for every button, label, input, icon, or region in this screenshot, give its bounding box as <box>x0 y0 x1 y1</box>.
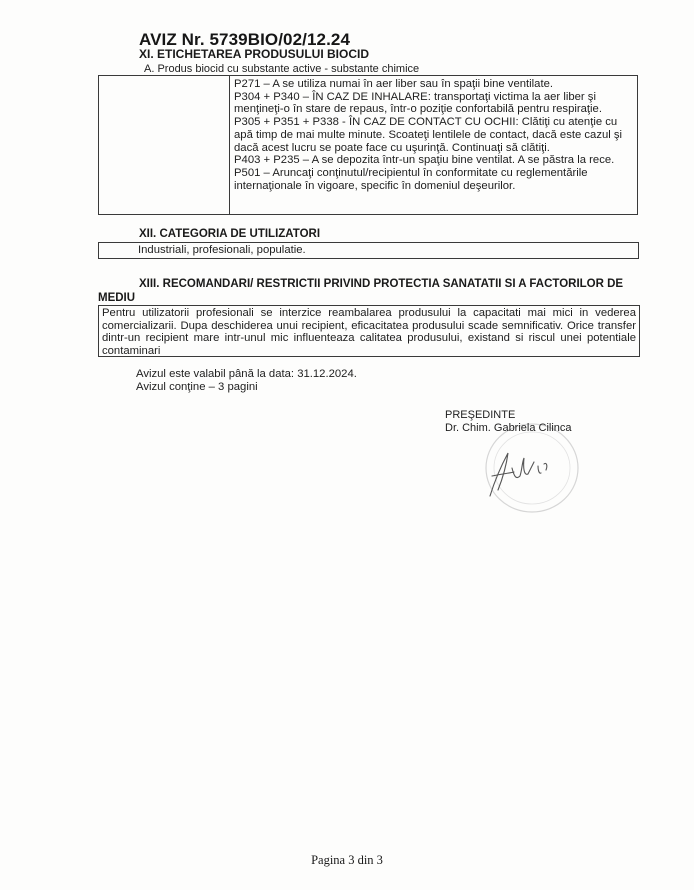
statement-p403-p235: P403 + P235 – A se depozita într-un spaţ… <box>234 154 633 167</box>
statement-p271: P271 – A se utiliza numai în aer liber s… <box>234 78 633 91</box>
user-category-box: Industriali, profesionali, populatie. <box>98 242 639 259</box>
signature-block: PREŞEDINTE Dr. Chim. Gabriela Cilinca <box>445 409 572 435</box>
page-footer: Pagina 3 din 3 <box>0 853 694 868</box>
pages-note: Avizul conţine – 3 pagini <box>136 381 357 394</box>
validity-date: Avizul este valabil până la data: 31.12.… <box>136 368 357 381</box>
section-xii-heading: XII. CATEGORIA DE UTILIZATORI <box>139 228 320 240</box>
signatory-role: PREŞEDINTE <box>445 409 572 422</box>
statement-p501: P501 – Aruncaţi conţinutul/recipientul î… <box>234 167 633 192</box>
statement-p305-p351-p338: P305 + P351 + P338 - ÎN CAZ DE CONTACT C… <box>234 116 633 154</box>
signatory-name: Dr. Chim. Gabriela Cilinca <box>445 422 572 435</box>
table-left-cell <box>99 76 230 214</box>
precautionary-statements-table: P271 – A se utiliza numai în aer liber s… <box>98 75 638 215</box>
statement-p304-p340: P304 + P340 – ÎN CAZ DE INHALARE: transp… <box>234 91 633 116</box>
section-xi-subheading: A. Produs biocid cu substante active - s… <box>144 63 419 75</box>
section-xiii-heading: XIII. RECOMANDARI/ RESTRICTII PRIVIND PR… <box>98 277 643 305</box>
recommendations-box: Pentru utilizatorii profesionali se inte… <box>98 305 640 357</box>
table-right-cell: P271 – A se utiliza numai în aer liber s… <box>230 76 637 214</box>
validity-block: Avizul este valabil până la data: 31.12.… <box>136 368 357 394</box>
section-xi-heading: XI. ETICHETAREA PRODUSULUI BIOCID <box>139 47 369 61</box>
